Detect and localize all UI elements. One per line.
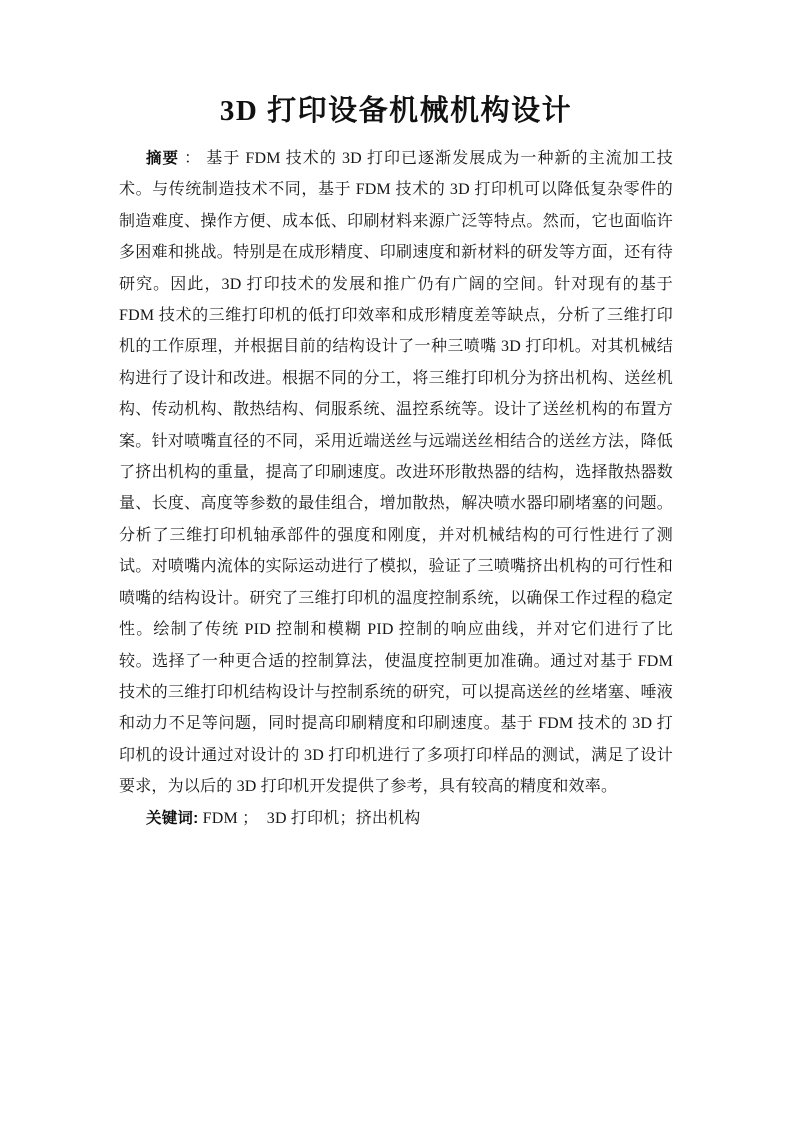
abstract-text: 基于 FDM 技术的 3D 打印已逐渐发展成为一种新的主流加工技术。与传统制造技… <box>119 150 673 795</box>
keywords-label: 关键词: <box>146 810 198 827</box>
abstract-label: 摘要 <box>146 150 179 167</box>
page-title: 3D 打印设备机械机构设计 <box>119 88 673 129</box>
keywords-text: FDM ； 3D 打印机；挤出机构 <box>198 810 420 827</box>
abstract-paragraph: 摘要 ： 基于 FDM 技术的 3D 打印已逐渐发展成为一种新的主流加工技术。与… <box>119 143 673 803</box>
abstract-separator: ： <box>179 150 206 167</box>
keywords-paragraph: 关键词: FDM ； 3D 打印机；挤出机构 <box>119 803 673 834</box>
document-page: 3D 打印设备机械机构设计 摘要 ： 基于 FDM 技术的 3D 打印已逐渐发展… <box>0 0 793 1122</box>
